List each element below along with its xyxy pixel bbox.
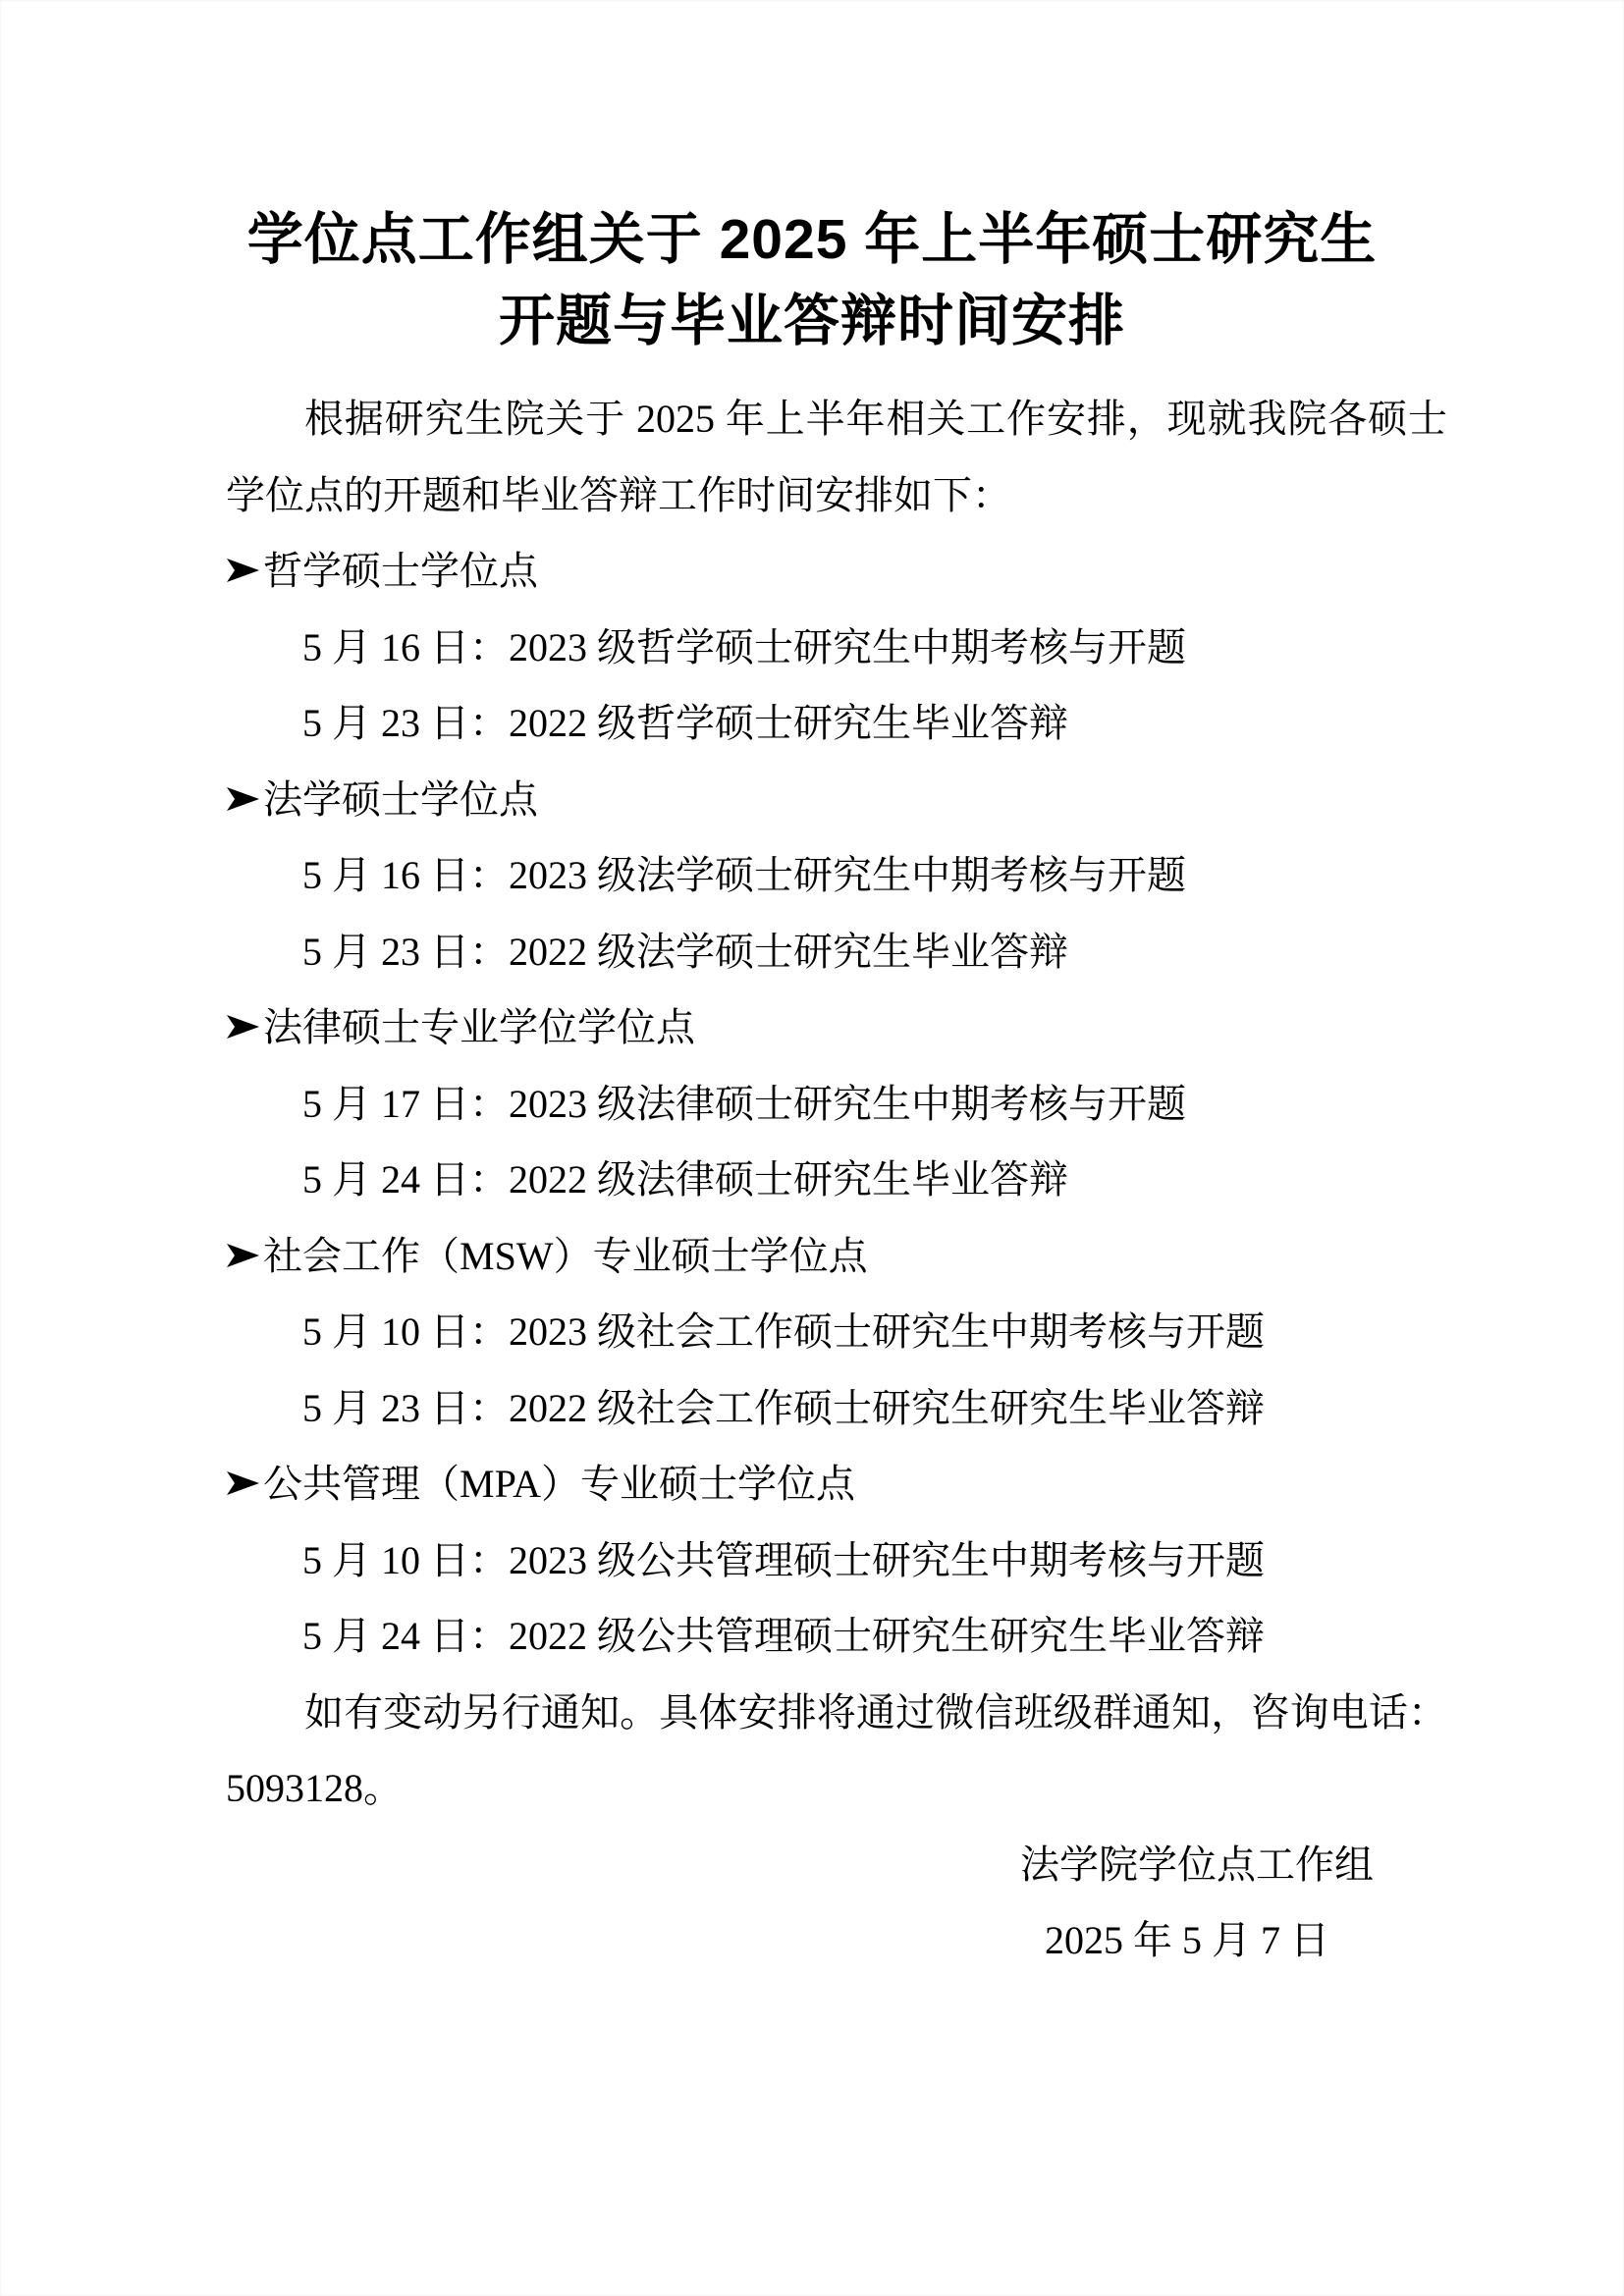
title-line-1: 学位点工作组关于 2025 年上半年硕士研究生 bbox=[0, 199, 1624, 281]
section-heading-text: 公共管理（MPA）专业硕士学位点 bbox=[263, 1462, 855, 1506]
section-heading: 法律硕士专业学位学位点 bbox=[226, 989, 1447, 1066]
arrow-bullet-icon bbox=[226, 1468, 263, 1498]
signature-name: 法学院学位点工作组 bbox=[1020, 1842, 1374, 1887]
section-heading-text: 法学硕士学位点 bbox=[263, 777, 538, 822]
section-heading: 法学硕士学位点 bbox=[226, 762, 1447, 838]
section-law-academic: 法学硕士学位点 5 月 16 日：2023 级法学硕士研究生中期考核与开题 5 … bbox=[226, 762, 1447, 990]
intro-paragraph: 根据研究生院关于 2025 年上半年相关工作安排，现就我院各硕士学位点的开题和毕… bbox=[226, 381, 1447, 533]
signature-date-line: 2025 年 5 月 7 日 bbox=[226, 1902, 1447, 1979]
document-page: 学位点工作组关于 2025 年上半年硕士研究生 开题与毕业答辩时间安排 根据研究… bbox=[0, 0, 1624, 2296]
schedule-item: 5 月 23 日：2022 级法学硕士研究生毕业答辩 bbox=[226, 914, 1447, 990]
signature-date: 2025 年 5 月 7 日 bbox=[1045, 1918, 1329, 1962]
schedule-item: 5 月 10 日：2023 级社会工作硕士研究生中期考核与开题 bbox=[226, 1294, 1447, 1370]
section-law-professional: 法律硕士专业学位学位点 5 月 17 日：2023 级法律硕士研究生中期考核与开… bbox=[226, 989, 1447, 1218]
signature-block: 法学院学位点工作组 2025 年 5 月 7 日 bbox=[226, 1827, 1447, 1979]
section-heading: 社会工作（MSW）专业硕士学位点 bbox=[226, 1218, 1447, 1295]
closing-paragraph: 如有变动另行通知。具体安排将通过微信班级群通知，咨询电话：5093128。 bbox=[226, 1675, 1447, 1827]
arrow-bullet-icon bbox=[226, 1241, 263, 1270]
signature-line: 法学院学位点工作组 bbox=[226, 1827, 1447, 1903]
document-body: 根据研究生院关于 2025 年上半年相关工作安排，现就我院各硕士学位点的开题和毕… bbox=[0, 362, 1624, 1979]
section-heading-text: 哲学硕士学位点 bbox=[263, 549, 538, 593]
schedule-item: 5 月 16 日：2023 级哲学硕士研究生中期考核与开题 bbox=[226, 610, 1447, 686]
section-msw: 社会工作（MSW）专业硕士学位点 5 月 10 日：2023 级社会工作硕士研究… bbox=[226, 1218, 1447, 1447]
section-mpa: 公共管理（MPA）专业硕士学位点 5 月 10 日：2023 级公共管理硕士研究… bbox=[226, 1446, 1447, 1675]
schedule-item: 5 月 23 日：2022 级哲学硕士研究生毕业答辩 bbox=[226, 685, 1447, 762]
section-philosophy: 哲学硕士学位点 5 月 16 日：2023 级哲学硕士研究生中期考核与开题 5 … bbox=[226, 533, 1447, 762]
section-heading: 公共管理（MPA）专业硕士学位点 bbox=[226, 1446, 1447, 1522]
schedule-item: 5 月 24 日：2022 级法律硕士研究生毕业答辩 bbox=[226, 1142, 1447, 1218]
title-line-2: 开题与毕业答辩时间安排 bbox=[0, 281, 1624, 362]
section-heading-text: 法律硕士专业学位学位点 bbox=[263, 1005, 695, 1049]
arrow-bullet-icon bbox=[226, 784, 263, 814]
schedule-item: 5 月 16 日：2023 级法学硕士研究生中期考核与开题 bbox=[226, 837, 1447, 914]
section-heading: 哲学硕士学位点 bbox=[226, 533, 1447, 610]
schedule-item: 5 月 23 日：2022 级社会工作硕士研究生研究生毕业答辩 bbox=[226, 1370, 1447, 1447]
section-heading-text: 社会工作（MSW）专业硕士学位点 bbox=[263, 1234, 868, 1278]
arrow-bullet-icon bbox=[226, 1012, 263, 1041]
schedule-item: 5 月 10 日：2023 级公共管理硕士研究生中期考核与开题 bbox=[226, 1522, 1447, 1599]
arrow-bullet-icon bbox=[226, 556, 263, 585]
schedule-item: 5 月 24 日：2022 级公共管理硕士研究生研究生毕业答辩 bbox=[226, 1598, 1447, 1675]
document-title: 学位点工作组关于 2025 年上半年硕士研究生 开题与毕业答辩时间安排 bbox=[0, 0, 1624, 362]
schedule-item: 5 月 17 日：2023 级法律硕士研究生中期考核与开题 bbox=[226, 1066, 1447, 1143]
